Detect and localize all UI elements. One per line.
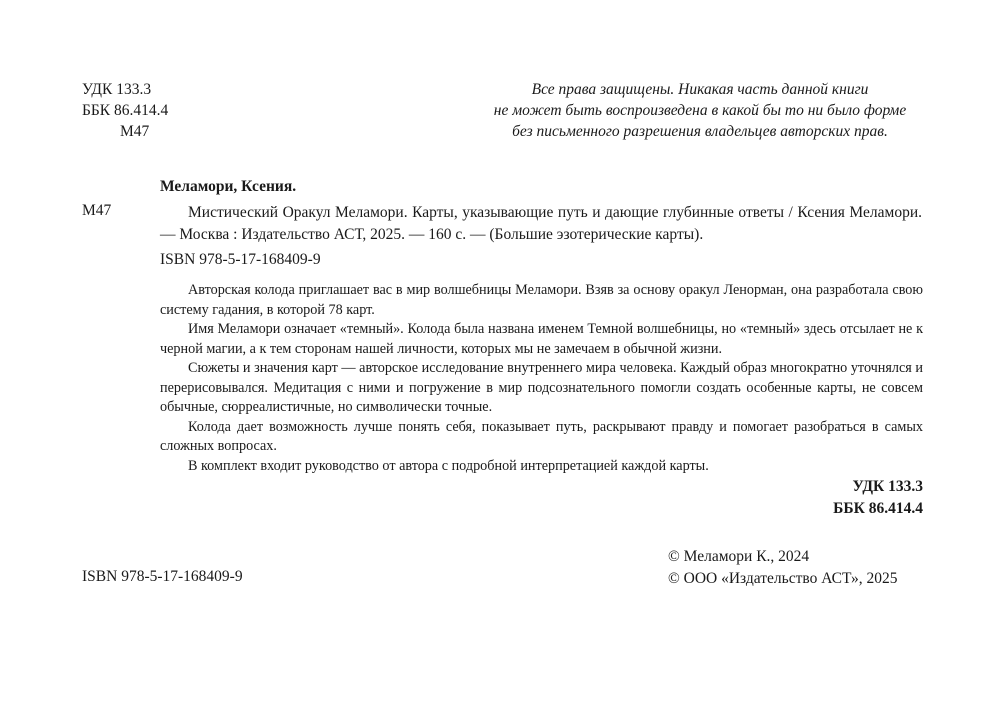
cutter-mark: М47: [82, 202, 111, 220]
udk-code: УДК 133.3: [82, 79, 168, 100]
classification-codes-bottom: УДК 133.3 ББК 86.414.4: [833, 476, 923, 520]
udk-code: УДК 133.3: [833, 476, 923, 498]
annotation-paragraph: Сюжеты и значения карт — авторское иссле…: [160, 359, 923, 418]
rights-notice: Все права защищены. Никакая часть данной…: [470, 79, 930, 142]
cutter-code: М47: [82, 121, 168, 142]
annotation-text: Колода дает возможность лучше понять себ…: [160, 419, 923, 455]
bibliographic-text: Мистический Оракул Меламори. Карты, указ…: [160, 204, 922, 243]
annotation-text: Авторская колода приглашает вас в мир во…: [160, 282, 923, 318]
annotation-text: Сюжеты и значения карт — авторское иссле…: [160, 360, 923, 415]
copyright-publisher: © ООО «Издательство АСТ», 2025: [668, 568, 898, 590]
annotation-paragraph: Имя Меламори означает «темный». Колода б…: [160, 320, 923, 359]
bbk-code: ББК 86.414.4: [82, 100, 168, 121]
annotation-paragraph: В комплект входит руководство от автора …: [160, 457, 923, 477]
bbk-code: ББК 86.414.4: [833, 498, 923, 520]
isbn-bottom: ISBN 978-5-17-168409-9: [82, 568, 243, 586]
annotation: Авторская колода приглашает вас в мир во…: [160, 281, 923, 476]
copyright-author: © Меламори К., 2024: [668, 546, 898, 568]
classification-codes-top: УДК 133.3 ББК 86.414.4 М47: [82, 79, 168, 142]
annotation-text: В комплект входит руководство от автора …: [188, 458, 709, 474]
rights-line: Все права защищены. Никакая часть данной…: [470, 79, 930, 100]
isbn-main: ISBN 978-5-17-168409-9: [160, 251, 321, 269]
copyright-block: © Меламори К., 2024 © ООО «Издательство …: [668, 546, 898, 590]
bibliographic-description: Мистический Оракул Меламори. Карты, указ…: [160, 202, 922, 246]
annotation-text: Имя Меламори означает «темный». Колода б…: [160, 321, 923, 357]
annotation-paragraph: Авторская колода приглашает вас в мир во…: [160, 281, 923, 320]
rights-line: без письменного разрешения владельцев ав…: [470, 121, 930, 142]
author-heading: Меламори, Ксения.: [160, 178, 296, 196]
annotation-paragraph: Колода дает возможность лучше понять себ…: [160, 418, 923, 457]
rights-line: не может быть воспроизведена в какой бы …: [470, 100, 930, 121]
